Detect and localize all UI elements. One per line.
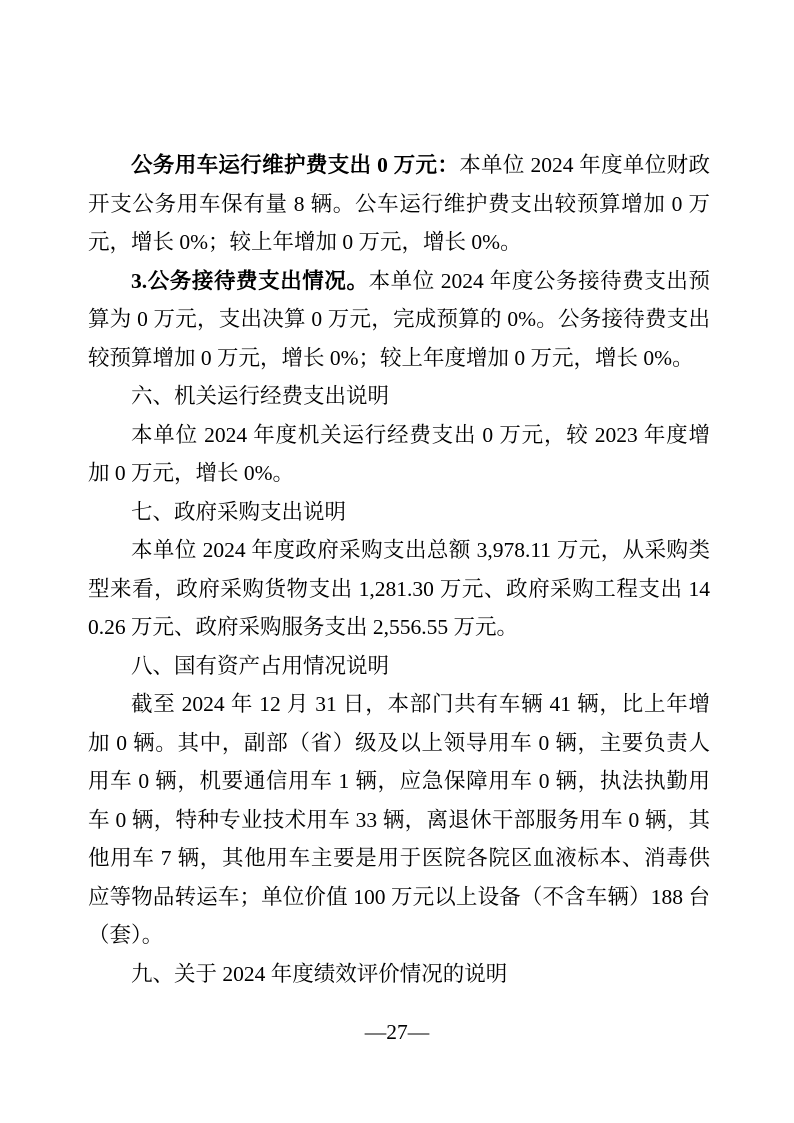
paragraph-text: 本单位 2024 年度机关运行经费支出 0 万元，较 2023 年度增加 0 万… (88, 423, 710, 486)
paragraph-government-procurement-detail: 本单位 2024 年度政府采购支出总额 3,978.11 万元，从采购类型来看，… (88, 531, 710, 647)
document-body: 公务用车运行维护费支出 0 万元：本单位 2024 年度单位财政开支公务用车保有… (88, 146, 710, 993)
paragraph-text: 本单位 2024 年度政府采购支出总额 3,978.11 万元，从采购类型来看，… (88, 538, 710, 639)
section-heading-7-government-procurement: 七、政府采购支出说明 (88, 493, 710, 532)
page-number: —27— (365, 1020, 430, 1044)
paragraph-lead-bold: 3.公务接待费支出情况。 (131, 269, 369, 293)
section-heading-8-state-assets: 八、国有资产占用情况说明 (88, 647, 710, 686)
paragraph-state-assets-detail: 截至 2024 年 12 月 31 日，本部门共有车辆 41 辆，比上年增加 0… (88, 685, 710, 955)
heading-text: 九、关于 2024 年度绩效评价情况的说明 (131, 962, 507, 986)
paragraph-operating-expense-detail: 本单位 2024 年度机关运行经费支出 0 万元，较 2023 年度增加 0 万… (88, 416, 710, 493)
paragraph-lead-bold: 公务用车运行维护费支出 0 万元： (131, 153, 459, 177)
heading-text: 七、政府采购支出说明 (131, 500, 346, 524)
heading-text: 六、机关运行经费支出说明 (131, 384, 389, 408)
paragraph-vehicle-maintenance-expense: 公务用车运行维护费支出 0 万元：本单位 2024 年度单位财政开支公务用车保有… (88, 146, 710, 262)
paragraph-text: 截至 2024 年 12 月 31 日，本部门共有车辆 41 辆，比上年增加 0… (88, 692, 710, 947)
section-heading-6-operating-expense: 六、机关运行经费支出说明 (88, 377, 710, 416)
page-footer: —27— (0, 1013, 794, 1052)
paragraph-official-reception-expense: 3.公务接待费支出情况。本单位 2024 年度公务接待费支出预算为 0 万元，支… (88, 262, 710, 378)
section-heading-9-performance-evaluation: 九、关于 2024 年度绩效评价情况的说明 (88, 955, 710, 994)
heading-text: 八、国有资产占用情况说明 (131, 654, 389, 678)
